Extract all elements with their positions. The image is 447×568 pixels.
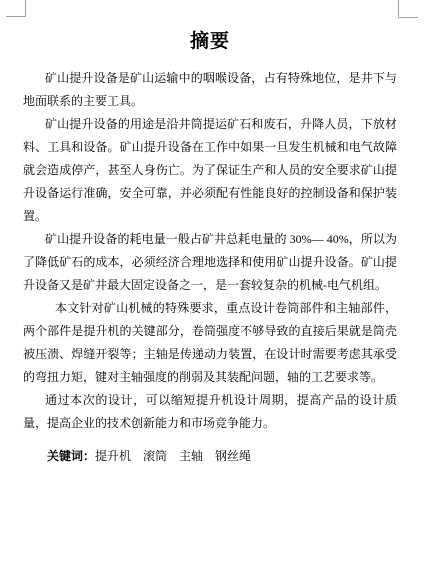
abstract-page: 摘要 矿山提升设备是矿山运输中的咽喉设备，占有特殊地位，是井下与地面联系的主要工…	[0, 0, 447, 568]
keywords-list: 提升机 滚筒 主轴 钢丝绳	[95, 449, 251, 463]
paragraph: 矿山提升设备是矿山运输中的咽喉设备，占有特殊地位，是井下与地面联系的主要工具。	[23, 67, 397, 113]
crop-mark-top-right-horizontal	[398, 17, 418, 18]
keywords-label: 关键词：	[47, 449, 95, 463]
paragraph: 矿山提升设备的耗电量一般占矿井总耗电量的 30%— 40%，所以为了降低矿石的成…	[23, 228, 397, 297]
crop-mark-top-right-vertical	[398, 0, 399, 17]
keywords-line: 关键词：提升机 滚筒 主轴 钢丝绳	[23, 445, 397, 468]
text-column: 摘要 矿山提升设备是矿山运输中的咽喉设备，占有特殊地位，是井下与地面联系的主要工…	[23, 0, 397, 468]
paragraph: 矿山提升设备的用途是沿井筒提运矿石和废石，升降人员，下放材料、工具和设备。矿山提…	[23, 113, 397, 228]
paragraph: 通过本次的设计，可以缩短提升机设计周期，提高产品的设计质量，提高企业的技术创新能…	[23, 389, 397, 435]
abstract-body: 矿山提升设备是矿山运输中的咽喉设备，占有特殊地位，是井下与地面联系的主要工具。矿…	[23, 67, 397, 435]
paragraph: 本文针对矿山机械的特殊要求，重点设计卷筒部件和主轴部件，两个部件是提升机的关键部…	[23, 297, 397, 389]
page-title: 摘要	[23, 31, 397, 52]
